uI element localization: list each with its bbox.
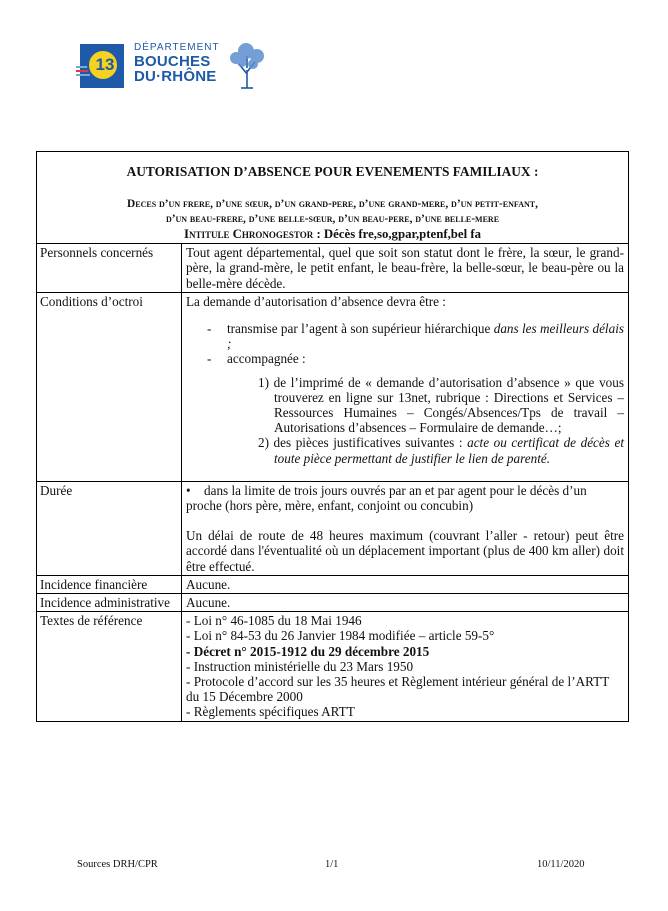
table-row: Personnels concernés Tout agent départem… [37,244,629,293]
row-label-administrative: Incidence administrative [37,594,182,612]
row-value-conditions: La demande d’autorisation d’absence devr… [182,292,629,481]
logo-stripe [76,74,90,76]
row-value-duree: •dans la limite de trois jours ouvrés pa… [182,481,629,575]
absence-authorization-table: AUTORISATION D’ABSENCE POUR EVENEMENTS F… [36,151,629,722]
row-value-administrative: Aucune. [182,594,629,612]
table-row: Textes de référence - Loi n° 46-1085 du … [37,612,629,721]
row-value-financiere: Aucune. [182,575,629,593]
logo-wordmark: DÉPARTEMENT BOUCHES DU·RHÔNE [134,42,220,84]
document-title: AUTORISATION D’ABSENCE POUR EVENEMENTS F… [43,164,622,179]
footer-date: 10/11/2020 [537,859,584,870]
table-row: Conditions d’octroi La demande d’autoris… [37,292,629,481]
chronogestor-caption: Intitule Chronogestor : [184,227,321,241]
reference-item: - Instruction ministérielle du 23 Mars 1… [186,659,624,674]
logo-circle: 13 [87,49,119,81]
row-label-personnels: Personnels concernés [37,244,182,293]
bullet-icon: • [186,483,204,498]
row-label-financiere: Incidence financière [37,575,182,593]
subtitle-line-2: d’un beau-frere, d’une belle-sœur, d’un … [43,212,622,227]
duree-bullet-text: dans la limite de trois jours ouvrés par… [186,483,587,513]
row-value-textes: - Loi n° 46-1085 du 18 Mai 1946 - Loi n°… [182,612,629,721]
chronogestor-value: Décès fre,so,gpar,ptenf,bel fa [324,227,481,241]
numbered-item-text: 2) des pièces justificatives suivantes : [258,435,467,450]
reference-item: - Loi n° 46-1085 du 18 Mai 1946 [186,613,624,628]
table-row: Incidence financière Aucune. [37,575,629,593]
footer-page-number: 1/1 [325,859,338,870]
list-item: accompagnée : [186,351,624,366]
list-item: 1) de l’imprimé de « demande d’autorisat… [186,375,624,436]
conditions-intro: La demande d’autorisation d’absence devr… [186,294,624,309]
chronogestor-label: Intitule Chronogestor : Décès fre,so,gpa… [43,227,622,242]
row-label-duree: Durée [37,481,182,575]
row-value-personnels: Tout agent départemental, quel que soit … [182,244,629,293]
reference-item: - Décret n° 2015-1912 du 29 décembre 201… [186,644,624,659]
department-logo: 13 DÉPARTEMENT BOUCHES DU·RHÔNE [76,40,276,92]
duree-bullet-item: •dans la limite de trois jours ouvrés pa… [186,483,624,513]
logo-line-bouches: BOUCHES [134,54,220,69]
conditions-numbered-list: 1) de l’imprimé de « demande d’autorisat… [186,375,624,466]
table-row: Incidence administrative Aucune. [37,594,629,612]
duree-paragraph: Un délai de route de 48 heures maximum (… [186,528,624,574]
logo-number: 13 [89,56,121,74]
dash-item-text: transmise par l’agent à son supérieur hi… [227,321,494,336]
table-row: Durée •dans la limite de trois jours ouv… [37,481,629,575]
subtitle-line-1: Deces d’un frere, d’une sœur, d’un grand… [43,197,622,212]
row-label-textes: Textes de référence [37,612,182,721]
conditions-dash-list: transmise par l’agent à son supérieur hi… [186,321,624,367]
logo-badge: 13 [80,44,124,88]
olive-tree-icon [224,40,270,90]
row-label-conditions: Conditions d’octroi [37,292,182,481]
reference-item: - Protocole d’accord sur les 35 heures e… [186,674,624,704]
table-header: AUTORISATION D’ABSENCE POUR EVENEMENTS F… [37,152,629,244]
logo-line-rhone: DU·RHÔNE [134,69,220,84]
reference-item: - Loi n° 84-53 du 26 Janvier 1984 modifi… [186,628,624,643]
list-item: transmise par l’agent à son supérieur hi… [186,321,624,351]
list-item: 2) des pièces justificatives suivantes :… [186,435,624,465]
footer-source: Sources DRH/CPR [77,859,158,870]
reference-item: - Règlements spécifiques ARTT [186,704,624,719]
table-header-row: AUTORISATION D’ABSENCE POUR EVENEMENTS F… [37,152,629,244]
